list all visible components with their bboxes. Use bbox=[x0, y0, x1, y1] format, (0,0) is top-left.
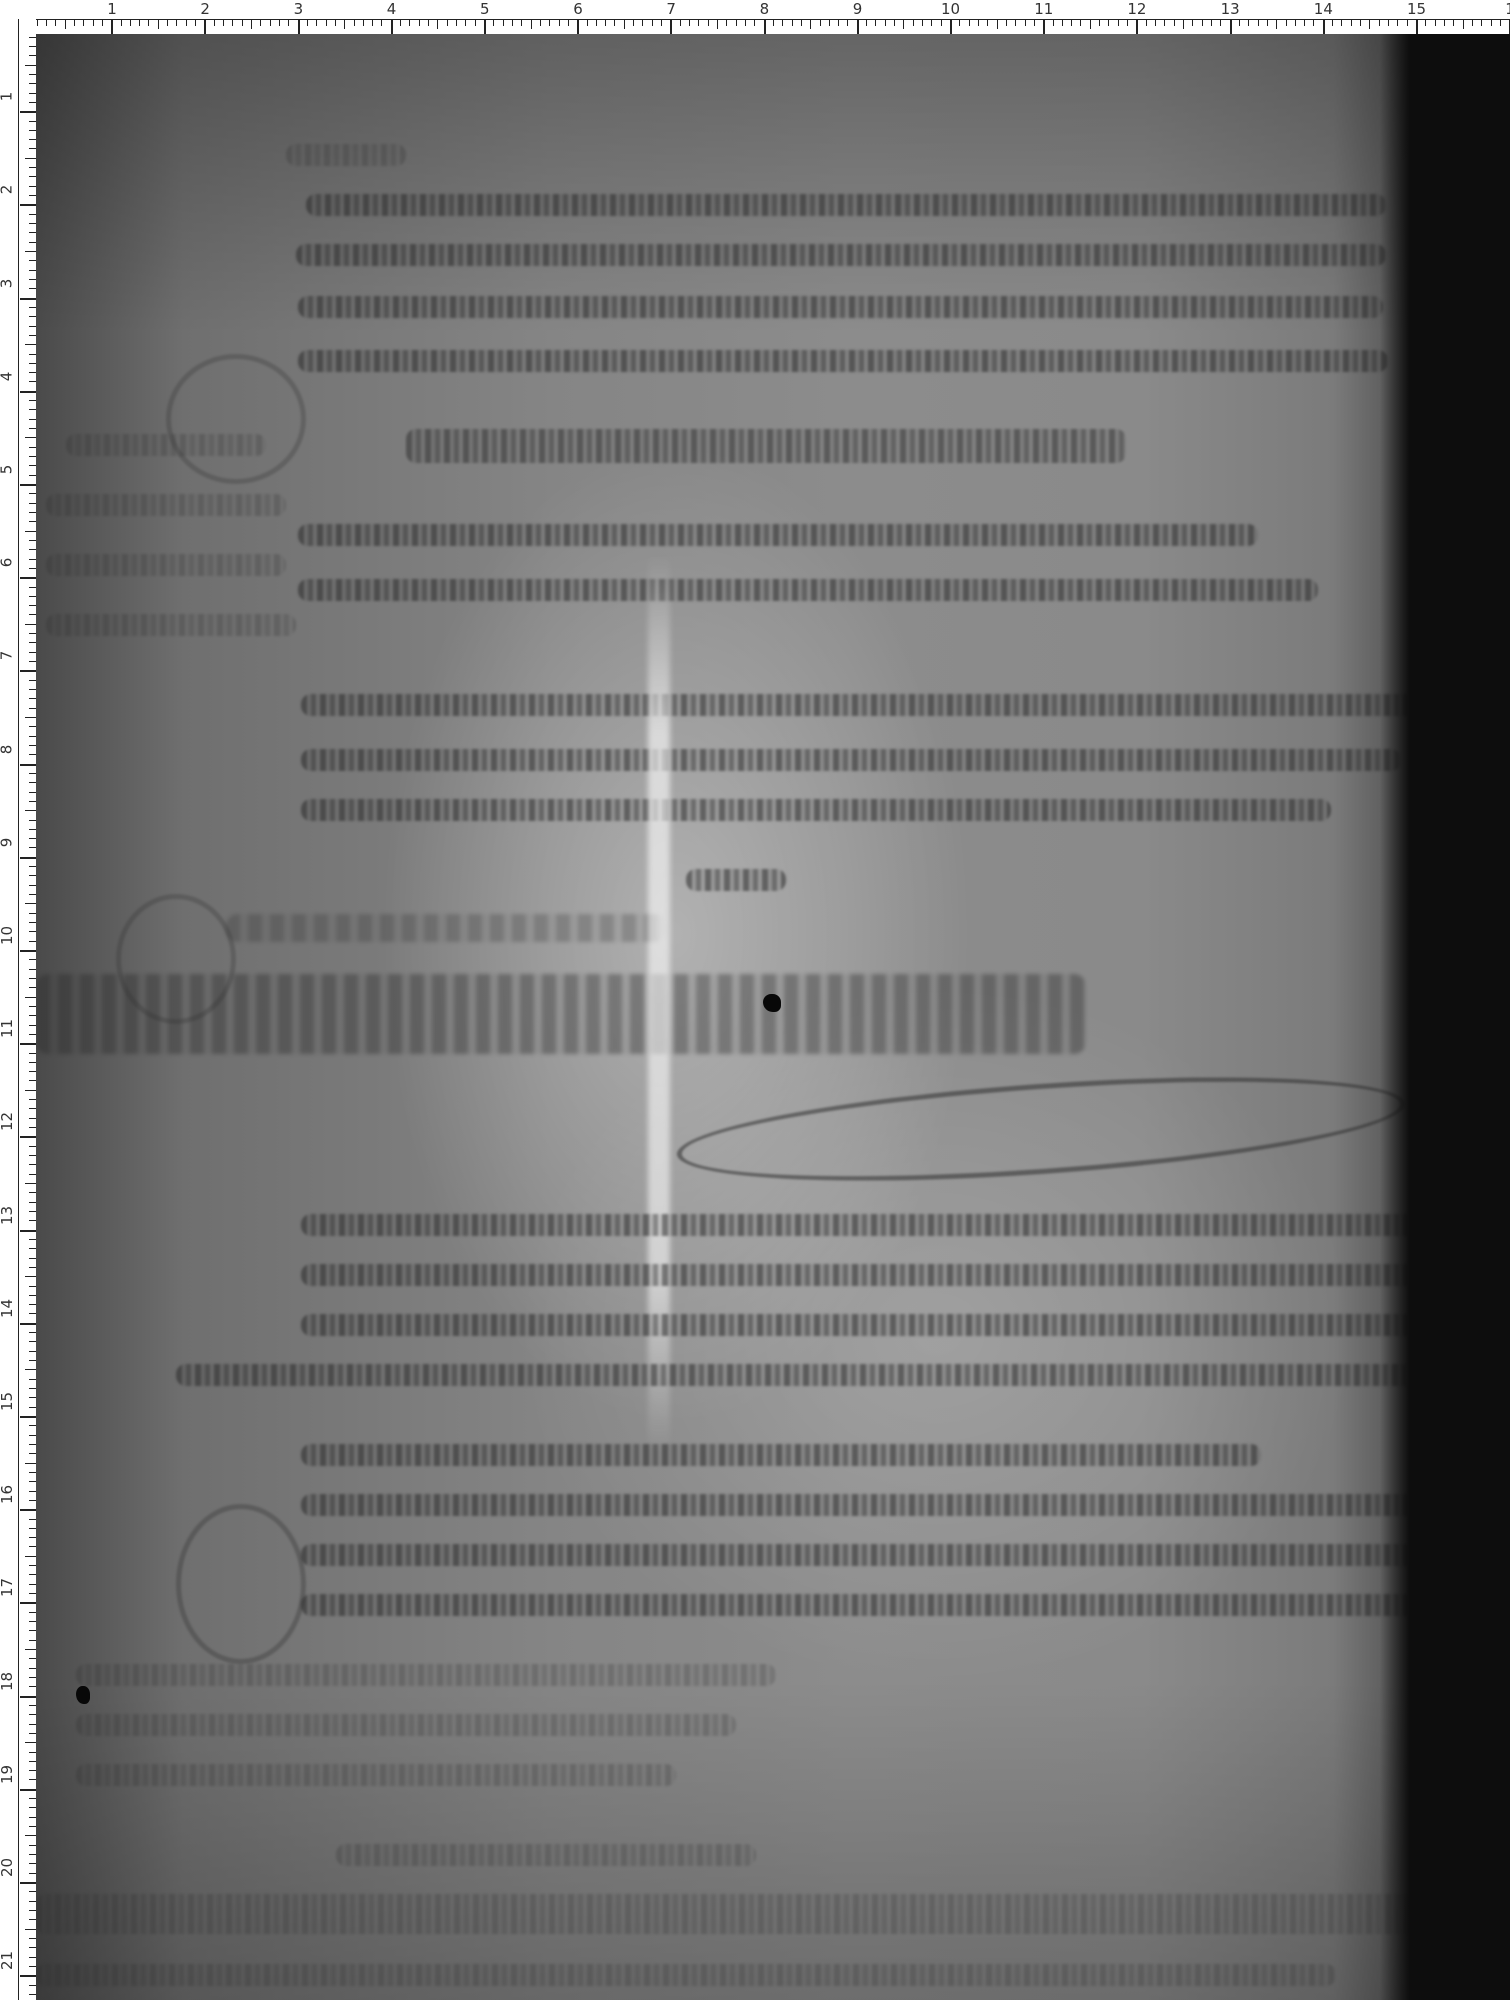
ruler-tick bbox=[29, 335, 36, 336]
ruler-label: 3 bbox=[0, 278, 14, 288]
ruler-tick bbox=[29, 493, 36, 494]
ruler-label: 1 bbox=[107, 2, 117, 17]
ruler-tick bbox=[29, 680, 36, 681]
ruler-tick bbox=[25, 1929, 36, 1930]
bleed-through-line bbox=[336, 1844, 756, 1866]
ruler-tick bbox=[29, 1593, 36, 1594]
ruler-tick bbox=[568, 19, 569, 26]
ruler-tick bbox=[195, 19, 196, 26]
ruler-tick bbox=[29, 1630, 36, 1631]
ruler-tick bbox=[1006, 19, 1007, 26]
ruler-tick bbox=[25, 1090, 36, 1091]
text-line bbox=[301, 1444, 1261, 1466]
ruler-tick bbox=[1220, 19, 1221, 26]
ruler-tick bbox=[121, 19, 122, 26]
ruler-tick bbox=[204, 19, 206, 34]
ruler-tick bbox=[65, 19, 66, 29]
text-line bbox=[298, 296, 1383, 318]
ruler-tick bbox=[25, 1742, 36, 1743]
ruler-tick bbox=[689, 19, 690, 26]
ruler-tick bbox=[428, 19, 429, 26]
ruler-label: 12 bbox=[0, 1112, 15, 1131]
ruler-tick bbox=[997, 19, 998, 29]
ruler-tick bbox=[391, 19, 393, 34]
ruler-tick bbox=[1192, 19, 1193, 26]
ruler-tick bbox=[959, 19, 960, 26]
ruler-tick bbox=[596, 19, 597, 26]
ruler-tick bbox=[1388, 19, 1389, 26]
ruler-tick bbox=[670, 19, 672, 34]
ruler-tick bbox=[29, 885, 36, 886]
bleed-through-line bbox=[36, 1894, 1416, 1934]
bleed-through-line bbox=[46, 614, 296, 636]
ruler-tick bbox=[29, 1891, 36, 1892]
ruler-tick bbox=[29, 1481, 36, 1482]
ruler-label: 17 bbox=[0, 1578, 15, 1597]
ruler-tick bbox=[25, 65, 36, 66]
text-line bbox=[301, 1214, 1451, 1236]
ruler-tick bbox=[29, 1491, 36, 1492]
ruler-tick bbox=[29, 1677, 36, 1678]
ruler-label: 13 bbox=[1221, 2, 1240, 17]
ruler-tick bbox=[25, 344, 36, 345]
ruler-tick bbox=[20, 1789, 36, 1791]
ruler-tick bbox=[29, 1947, 36, 1948]
ruler-tick bbox=[29, 605, 36, 606]
ruler-label: 9 bbox=[0, 838, 14, 848]
ruler-tick bbox=[29, 1752, 36, 1753]
ruler-tick bbox=[29, 689, 36, 690]
ruler-tick bbox=[29, 587, 36, 588]
ruler-tick bbox=[913, 19, 914, 26]
ruler-tick bbox=[1034, 19, 1035, 26]
ruler-tick bbox=[29, 801, 36, 802]
ruler-tick bbox=[503, 19, 504, 26]
ruler-tick bbox=[29, 400, 36, 401]
ruler-tick bbox=[1332, 19, 1333, 26]
ruler-tick bbox=[363, 19, 364, 26]
ruler-tick bbox=[1127, 19, 1128, 26]
ruler-label: 3 bbox=[294, 2, 304, 17]
ruler-tick bbox=[29, 969, 36, 970]
ruler-tick bbox=[29, 987, 36, 988]
ruler-tick bbox=[29, 1565, 36, 1566]
ruler-tick bbox=[29, 1733, 36, 1734]
ruler-tick bbox=[521, 19, 522, 26]
ruler-tick bbox=[465, 19, 466, 26]
ruler-tick bbox=[29, 1845, 36, 1846]
ruler-label: 15 bbox=[0, 1392, 15, 1411]
heading-line bbox=[406, 429, 1126, 463]
ruler-label: 6 bbox=[0, 558, 14, 568]
ruler-tick bbox=[29, 447, 36, 448]
ruler-tick bbox=[29, 242, 36, 243]
ruler-tick bbox=[307, 19, 308, 26]
ruler-tick bbox=[270, 19, 271, 26]
ruler-tick bbox=[29, 465, 36, 466]
ruler-tick bbox=[29, 1211, 36, 1212]
ruler-tick bbox=[25, 1649, 36, 1650]
ruler-tick bbox=[661, 19, 662, 26]
ruler-tick bbox=[55, 19, 56, 26]
ruler-tick bbox=[29, 875, 36, 876]
ruler-tick bbox=[1351, 19, 1352, 26]
ruler-tick bbox=[1313, 19, 1314, 26]
ruler-tick bbox=[1295, 19, 1296, 26]
decorative-swash bbox=[166, 354, 306, 484]
ruler-tick bbox=[1444, 19, 1445, 26]
ruler-tick bbox=[1267, 19, 1268, 26]
text-line bbox=[306, 194, 1386, 216]
ruler-tick bbox=[1481, 19, 1482, 26]
ruler-tick bbox=[260, 19, 261, 26]
ruler-label: 20 bbox=[0, 1858, 15, 1877]
ruler-tick bbox=[29, 838, 36, 839]
ruler-tick bbox=[1043, 19, 1045, 34]
ruler-tick bbox=[20, 298, 36, 300]
ruler-tick bbox=[642, 19, 643, 26]
ruler-tick bbox=[614, 19, 615, 26]
ruler-tick bbox=[29, 521, 36, 522]
ruler-tick bbox=[726, 19, 727, 26]
ruler-tick bbox=[29, 93, 36, 94]
ruler-tick bbox=[1416, 19, 1418, 34]
ruler-tick bbox=[29, 1258, 36, 1259]
ruler-tick bbox=[512, 19, 513, 26]
ruler-tick bbox=[680, 19, 681, 26]
ruler-tick bbox=[1118, 19, 1119, 26]
ruler-tick bbox=[29, 754, 36, 755]
ruler-label: 1 bbox=[0, 92, 14, 102]
ruler-tick bbox=[820, 19, 821, 26]
ruler-tick bbox=[29, 176, 36, 177]
ruler-tick bbox=[1425, 19, 1426, 26]
ruler-tick bbox=[29, 55, 36, 56]
ruler-tick bbox=[29, 1807, 36, 1808]
ruler-tick bbox=[875, 19, 876, 26]
ruler-tick bbox=[29, 1118, 36, 1119]
ruler-tick bbox=[717, 19, 718, 29]
bleed-through-line bbox=[226, 914, 666, 942]
ruler-tick bbox=[29, 698, 36, 699]
ruler-tick bbox=[102, 19, 103, 26]
ruler-tick bbox=[1090, 19, 1091, 29]
ruler-tick bbox=[29, 1155, 36, 1156]
ruler-tick bbox=[46, 19, 47, 26]
ruler-tick bbox=[93, 19, 94, 26]
ruler-tick bbox=[29, 1724, 36, 1725]
ruler-tick bbox=[549, 19, 550, 26]
ruler-tick bbox=[29, 1938, 36, 1939]
ruler-tick bbox=[587, 19, 588, 26]
ruler-tick bbox=[20, 577, 36, 579]
ruler-tick bbox=[29, 726, 36, 727]
ruler-tick bbox=[1053, 19, 1054, 26]
bleed-through-line bbox=[46, 494, 286, 516]
ruler-tick bbox=[866, 19, 867, 26]
ruler-tick bbox=[29, 121, 36, 122]
ruler-tick bbox=[437, 19, 438, 29]
ruler-tick bbox=[1435, 19, 1436, 26]
ruler-tick bbox=[978, 19, 979, 26]
ruler-tick bbox=[29, 1901, 36, 1902]
text-line bbox=[301, 1594, 1421, 1616]
ruler-tick bbox=[20, 1230, 36, 1232]
ruler-tick bbox=[29, 167, 36, 168]
text-line bbox=[298, 350, 1388, 372]
ruler-tick bbox=[29, 195, 36, 196]
ruler-tick bbox=[25, 1183, 36, 1184]
ruler-tick bbox=[1239, 19, 1240, 26]
ruler-tick bbox=[29, 1621, 36, 1622]
ruler-tick bbox=[847, 19, 848, 26]
ruler-tick bbox=[25, 251, 36, 252]
ruler-tick bbox=[624, 19, 625, 29]
ruler-tick bbox=[29, 186, 36, 187]
ruler-tick bbox=[1276, 19, 1277, 29]
text-line bbox=[301, 694, 1441, 716]
ruler-tick bbox=[829, 19, 830, 26]
ruler-tick bbox=[559, 19, 560, 26]
ruler-tick bbox=[25, 903, 36, 904]
ruler-tick bbox=[885, 19, 886, 26]
ruler-tick bbox=[25, 624, 36, 625]
ruler-label: 18 bbox=[0, 1672, 15, 1691]
ruler-tick bbox=[1407, 19, 1408, 26]
ruler-tick bbox=[279, 19, 280, 26]
ruler-tick bbox=[29, 1332, 36, 1333]
ruler-tick bbox=[29, 1546, 36, 1547]
ruler-tick bbox=[214, 19, 215, 26]
ruler-tick bbox=[29, 1453, 36, 1454]
ruler-tick bbox=[29, 512, 36, 513]
ruler-tick bbox=[29, 1034, 36, 1035]
ruler-tick bbox=[1015, 19, 1016, 26]
text-line bbox=[301, 799, 1331, 821]
ruler-tick bbox=[29, 941, 36, 942]
ruler-tick bbox=[232, 19, 233, 26]
ruler-tick bbox=[29, 1612, 36, 1613]
ruler-tick bbox=[20, 1136, 36, 1138]
bleed-through-line bbox=[76, 1764, 676, 1786]
ruler-tick bbox=[29, 829, 36, 830]
ruler-label: 14 bbox=[0, 1299, 15, 1318]
ruler-tick bbox=[1183, 19, 1184, 29]
ruler-tick bbox=[698, 19, 699, 26]
scan-vignette-top bbox=[36, 34, 1510, 334]
ruler-tick bbox=[25, 810, 36, 811]
ruler-tick bbox=[764, 19, 766, 34]
ruler-tick bbox=[409, 19, 410, 26]
ruler-tick bbox=[288, 19, 289, 26]
ruler-tick bbox=[29, 372, 36, 373]
ruler-tick bbox=[29, 1080, 36, 1081]
ruler-tick bbox=[792, 19, 793, 26]
ruler-label: 9 bbox=[853, 2, 863, 17]
ruler-tick bbox=[29, 1528, 36, 1529]
ruler-tick bbox=[922, 19, 923, 26]
ruler-tick bbox=[29, 1379, 36, 1380]
ruler-tick bbox=[20, 484, 36, 486]
text-line bbox=[298, 524, 1258, 546]
ruler-tick bbox=[484, 19, 486, 34]
ruler-tick bbox=[148, 19, 149, 26]
ruler-tick bbox=[400, 19, 401, 26]
ruler-tick bbox=[1369, 19, 1370, 29]
ruler-tick bbox=[29, 1817, 36, 1818]
ruler-tick bbox=[950, 19, 952, 34]
ruler-tick bbox=[447, 19, 448, 26]
ruler-label: 10 bbox=[0, 926, 15, 945]
binding-shadow bbox=[1410, 34, 1510, 2000]
ruler-tick bbox=[801, 19, 802, 26]
ruler-tick bbox=[20, 111, 36, 113]
bleed-through-line bbox=[36, 1964, 1336, 1986]
decorative-swash bbox=[116, 894, 236, 1024]
ruler-tick bbox=[29, 419, 36, 420]
ruler-tick bbox=[29, 270, 36, 271]
ruler-tick bbox=[139, 19, 140, 26]
ruler-tick bbox=[857, 19, 859, 34]
ruler-tick bbox=[29, 642, 36, 643]
ruler-tick bbox=[745, 19, 746, 26]
ruler-tick bbox=[29, 260, 36, 261]
text-line bbox=[301, 749, 1401, 771]
ruler-tick bbox=[25, 1369, 36, 1370]
ruler-label: 4 bbox=[0, 372, 14, 382]
ruler-tick bbox=[1155, 19, 1156, 26]
ruler-label: 5 bbox=[0, 465, 14, 475]
ruler-tick bbox=[29, 736, 36, 737]
ruler-tick bbox=[29, 847, 36, 848]
ruler-tick bbox=[176, 19, 177, 26]
ruler-tick bbox=[1472, 19, 1473, 26]
ruler-tick bbox=[223, 19, 224, 26]
ruler-tick bbox=[1397, 19, 1398, 26]
ruler-tick bbox=[29, 503, 36, 504]
ruler-tick bbox=[29, 1053, 36, 1054]
ruler-tick bbox=[20, 857, 36, 859]
text-line bbox=[298, 579, 1318, 601]
ruler-tick bbox=[1248, 19, 1249, 26]
ruler-tick bbox=[29, 1099, 36, 1100]
decorative-swash bbox=[674, 1059, 1408, 1200]
ruler-tick bbox=[29, 1770, 36, 1771]
top-ruler: 01234567891011121314151 bbox=[0, 0, 1510, 34]
ruler-tick bbox=[29, 475, 36, 476]
ruler-tick bbox=[29, 1966, 36, 1967]
ruler-tick bbox=[29, 559, 36, 560]
left-ruler-baseline bbox=[18, 19, 19, 2000]
ruler-label: 4 bbox=[387, 2, 397, 17]
ruler-tick bbox=[29, 148, 36, 149]
ruler-tick bbox=[894, 19, 895, 26]
ruler-tick bbox=[1211, 19, 1212, 26]
ruler-tick bbox=[29, 540, 36, 541]
ruler-label: 12 bbox=[1127, 2, 1146, 17]
text-line bbox=[686, 869, 786, 891]
ruler-tick bbox=[29, 316, 36, 317]
ruler-tick bbox=[1463, 19, 1464, 29]
ruler-label: 8 bbox=[760, 2, 770, 17]
ruler-tick bbox=[540, 19, 541, 26]
ruler-tick bbox=[25, 997, 36, 998]
ruler-tick bbox=[1341, 19, 1342, 26]
ruler-tick bbox=[29, 978, 36, 979]
ruler-tick bbox=[130, 19, 131, 26]
ruler-tick bbox=[29, 1705, 36, 1706]
ruler-tick bbox=[1286, 19, 1287, 26]
ruler-tick bbox=[335, 19, 336, 26]
ruler-tick bbox=[29, 1295, 36, 1296]
ruler-tick bbox=[354, 19, 355, 26]
text-line bbox=[301, 1264, 1451, 1286]
ruler-tick bbox=[344, 19, 345, 29]
ruler-tick bbox=[29, 1062, 36, 1063]
text-line bbox=[301, 1494, 1451, 1516]
ruler-tick bbox=[20, 1416, 36, 1418]
text-line bbox=[301, 1544, 1441, 1566]
ruler-tick bbox=[493, 19, 494, 26]
ruler-tick bbox=[20, 1882, 36, 1884]
ruler-tick bbox=[29, 1397, 36, 1398]
ruler-tick bbox=[29, 922, 36, 923]
ruler-label: 16 bbox=[0, 1485, 15, 1504]
ruler-tick bbox=[29, 1584, 36, 1585]
ruler-tick bbox=[29, 1164, 36, 1165]
ruler-label: 11 bbox=[0, 1019, 15, 1038]
ruler-tick bbox=[29, 354, 36, 355]
ruler-tick bbox=[20, 764, 36, 766]
ruler-label: 11 bbox=[1034, 2, 1053, 17]
ruler-tick bbox=[577, 19, 579, 34]
ruler-tick bbox=[29, 614, 36, 615]
ruler-tick bbox=[20, 1975, 36, 1977]
ruler-tick bbox=[20, 1509, 36, 1511]
ruler-tick bbox=[29, 279, 36, 280]
ruler-tick bbox=[1202, 19, 1203, 26]
ruler-label: 21 bbox=[0, 1951, 15, 1970]
ruler-tick bbox=[1360, 19, 1361, 26]
ruler-label: 13 bbox=[0, 1206, 15, 1225]
ruler-tick bbox=[633, 19, 634, 26]
ruler-tick bbox=[29, 1519, 36, 1520]
ruler-tick bbox=[1500, 19, 1501, 26]
ruler-tick bbox=[29, 1873, 36, 1874]
ruler-tick bbox=[20, 391, 36, 393]
ruler-label: 7 bbox=[0, 651, 14, 661]
ruler-tick bbox=[29, 866, 36, 867]
ink-stain bbox=[763, 994, 781, 1012]
ruler-tick bbox=[708, 19, 709, 26]
text-line bbox=[286, 144, 406, 166]
ruler-tick bbox=[29, 1174, 36, 1175]
ruler-tick bbox=[29, 46, 36, 47]
ruler-tick bbox=[29, 1239, 36, 1240]
bleed-through-line bbox=[76, 1664, 776, 1686]
ruler-tick bbox=[29, 1388, 36, 1389]
ruler-label: 6 bbox=[573, 2, 583, 17]
ruler-tick bbox=[1453, 19, 1454, 26]
ruler-tick bbox=[29, 1192, 36, 1193]
ruler-tick bbox=[20, 1043, 36, 1045]
ruler-tick bbox=[29, 1015, 36, 1016]
ruler-tick bbox=[29, 1910, 36, 1911]
ruler-tick bbox=[29, 381, 36, 382]
left-ruler: 123456789101112131415161718192021 bbox=[0, 0, 36, 2000]
ruler-tick bbox=[20, 1323, 36, 1325]
ruler-tick bbox=[29, 1444, 36, 1445]
